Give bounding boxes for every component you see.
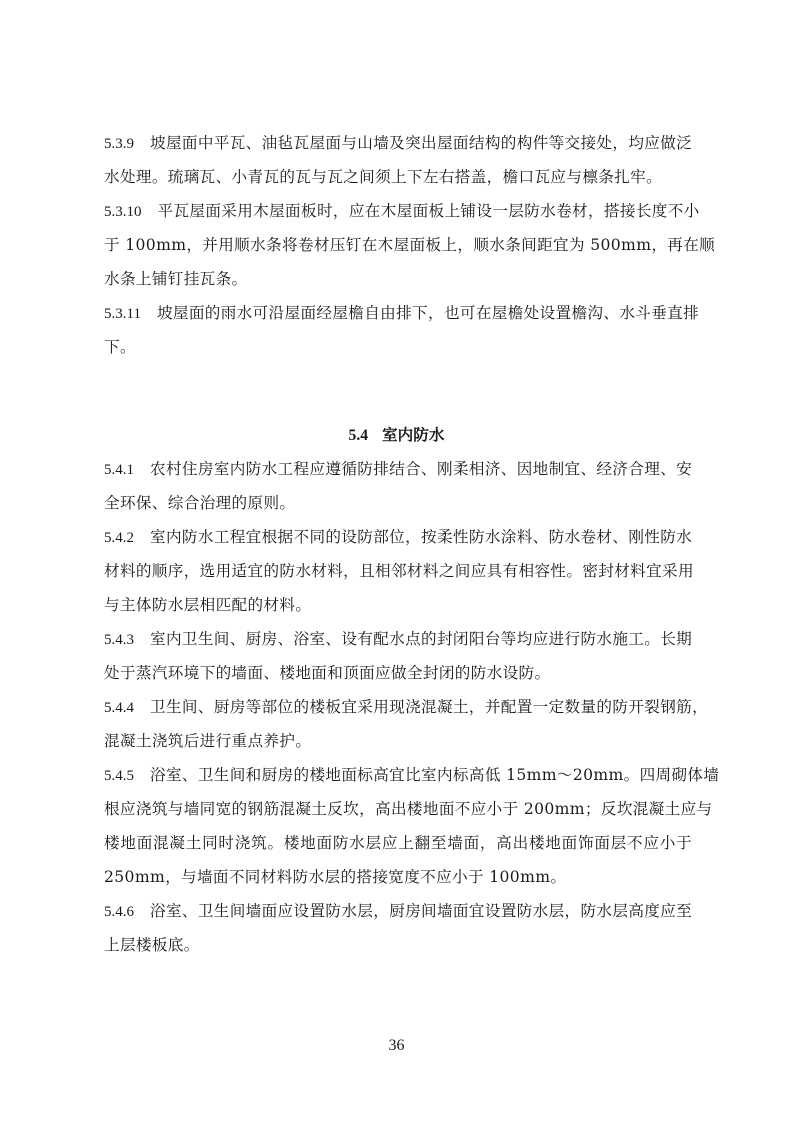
- clause-number: 5.3.9: [104, 136, 134, 152]
- clause-text: 室内防水工程宜根据不同的设防部位，按柔性防水涂料、防水卷材、刚性防水: [150, 528, 692, 546]
- clause-number: 5.4.2: [104, 530, 134, 546]
- clause-5-3-9-line-1: 5.3.9坡屋面中平瓦、油毡瓦屋面与山墙及突出屋面结构的构件等交接处，均应做泛: [104, 133, 692, 154]
- clause-5-3-9-line-2: 水处理。琉璃瓦、小青瓦的瓦与瓦之间须上下左右搭盖，檐口瓦应与檩条扎牢。: [104, 167, 692, 187]
- clause-5-4-4-line-2: 混凝土浇筑后进行重点养护。: [104, 731, 692, 751]
- clause-5-4-1-line-2: 全环保、综合治理的原则。: [104, 493, 692, 513]
- clause-text: 卫生间、厨房等部位的楼板宜采用现浇混凝土，并配置一定数量的防开裂钢筋，: [150, 698, 708, 716]
- clause-number: 5.4.3: [104, 632, 134, 648]
- clause-text: 坡屋面中平瓦、油毡瓦屋面与山墙及突出屋面结构的构件等交接处，均应做泛: [150, 134, 692, 152]
- clause-text: 坡屋面的雨水可沿屋面经屋檐自由排下，也可在屋檐处设置檐沟、水斗垂直排: [157, 304, 699, 322]
- clause-5-4-6-line-2: 上层楼板底。: [104, 935, 692, 955]
- clause-5-3-10-line-3: 水条上铺钉挂瓦条。: [104, 269, 692, 289]
- clause-number: 5.4.6: [104, 904, 134, 920]
- clause-5-4-5-line-4: 250mm，与墙面不同材料防水层的搭接宽度不应小于 100mm。: [104, 867, 692, 887]
- clause-5-4-2-line-2: 材料的顺序，选用适宜的防水材料，且相邻材料之间应具有相容性。密封材料宜采用: [104, 561, 692, 581]
- clause-text: 农村住房室内防水工程应遵循防排结合、刚柔相济、因地制宜、经济合理、安: [150, 460, 692, 478]
- clause-5-3-11-line-1: 5.3.11坡屋面的雨水可沿屋面经屋檐自由排下，也可在屋檐处设置檐沟、水斗垂直排: [104, 303, 692, 324]
- clause-5-4-3-line-1: 5.4.3室内卫生间、厨房、浴室、设有配水点的封闭阳台等均应进行防水施工。长期: [104, 629, 692, 650]
- clause-5-3-10-line-1: 5.3.10平瓦屋面采用木屋面板时，应在木屋面板上铺设一层防水卷材，搭接长度不小: [104, 201, 692, 222]
- clause-5-4-5-line-3: 楼地面混凝土同时浇筑。楼地面防水层应上翻至墙面，高出楼地面饰面层不应小于: [104, 833, 692, 853]
- clause-5-4-2-line-1: 5.4.2室内防水工程宜根据不同的设防部位，按柔性防水涂料、防水卷材、刚性防水: [104, 527, 692, 548]
- clause-text: 平瓦屋面采用木屋面板时，应在木屋面板上铺设一层防水卷材，搭接长度不小: [158, 202, 700, 220]
- clause-5-4-3-line-2: 处于蒸汽环境下的墙面、楼地面和顶面应做全封闭的防水设防。: [104, 663, 692, 683]
- clause-5-3-10-line-2: 于 100mm，并用顺水条将卷材压钉在木屋面板上，顺水条间距宜为 500mm，再…: [104, 235, 692, 255]
- clause-5-4-1-line-1: 5.4.1农村住房室内防水工程应遵循防排结合、刚柔相济、因地制宜、经济合理、安: [104, 459, 692, 480]
- clause-number: 5.3.11: [104, 306, 141, 322]
- clause-5-4-5-line-1: 5.4.5浴室、卫生间和厨房的楼地面标高宜比室内标高低 15mm～20mm。四周…: [104, 765, 692, 786]
- clause-number: 5.4.4: [104, 700, 134, 716]
- clause-number: 5.4.5: [104, 768, 134, 784]
- clause-text: 浴室、卫生间和厨房的楼地面标高宜比室内标高低 15mm～20mm。四周砌体墙: [150, 766, 719, 784]
- document-page: 5.3.9坡屋面中平瓦、油毡瓦屋面与山墙及突出屋面结构的构件等交接处，均应做泛 …: [0, 0, 793, 1122]
- clause-5-4-2-line-3: 与主体防水层相匹配的材料。: [104, 595, 692, 615]
- clause-text: 室内卫生间、厨房、浴室、设有配水点的封闭阳台等均应进行防水施工。长期: [150, 630, 692, 648]
- page-number: 36: [0, 1037, 793, 1055]
- clause-5-4-6-line-1: 5.4.6浴室、卫生间墙面应设置防水层，厨房间墙面宜设置防水层，防水层高度应至: [104, 901, 692, 922]
- section-title: 室内防水: [382, 425, 444, 444]
- clause-5-3-11-line-2: 下。: [104, 337, 692, 357]
- section-heading: 5.4室内防水: [0, 425, 793, 446]
- clause-5-4-5-line-2: 根应浇筑与墙同宽的钢筋混凝土反坎，高出楼地面不应小于 200mm；反坎混凝土应与: [104, 799, 692, 819]
- clause-5-4-4-line-1: 5.4.4卫生间、厨房等部位的楼板宜采用现浇混凝土，并配置一定数量的防开裂钢筋，: [104, 697, 692, 718]
- clause-number: 5.4.1: [104, 462, 134, 478]
- section-number: 5.4: [349, 427, 369, 444]
- clause-text: 浴室、卫生间墙面应设置防水层，厨房间墙面宜设置防水层，防水层高度应至: [150, 902, 692, 920]
- clause-number: 5.3.10: [104, 204, 142, 220]
